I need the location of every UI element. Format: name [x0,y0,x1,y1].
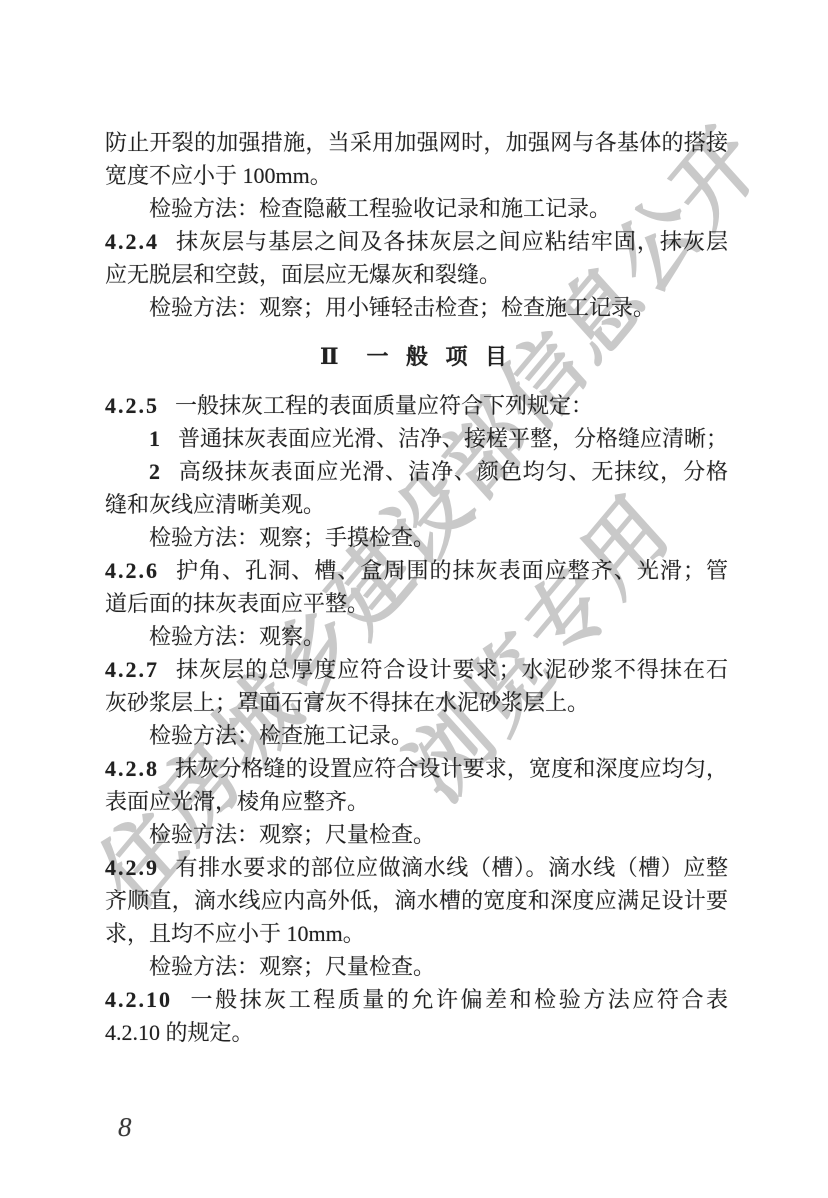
text-line: 应无脱层和空鼓，面层应无爆灰和裂缝。 [105,258,728,291]
document-page: 住房城乡建设部信息公开 浏览专用 防止开裂的加强措施，当采用加强网时，加强网与各… [0,0,828,1198]
line-text: 普通抹灰表面应光滑、洁净、接槎平整，分格缝应清晰； [178,426,728,451]
line-text: 检验方法：观察；尺量检查。 [149,822,435,847]
text-line: 检验方法：观察；用小锤轻击检查；检查施工记录。 [105,291,728,324]
text-line: 4.2.10 的规定。 [105,1016,728,1049]
line-text: 检验方法：观察；尺量检查。 [149,954,435,979]
text-line: 表面应光滑，棱角应整齐。 [105,785,728,818]
text-line: 4.2.4抹灰层与基层之间及各抹灰层之间应粘结牢固，抹灰层 [105,225,728,258]
text-line: 4.2.9有排水要求的部位应做滴水线（槽）。滴水线（槽）应整 [105,851,728,884]
line-text: 齐顺直，滴水线应内高外低，滴水槽的宽度和深度应满足设计要 [105,888,728,913]
line-text: 护角、孔洞、槽、盒周围的抹灰表面应整齐、光滑；管 [175,558,728,583]
clause-number: 4.2.6 [105,558,159,583]
clause-number: 1 [149,426,162,451]
text-line: 检验方法：观察。 [105,620,728,653]
section-numeral: Ⅱ [320,344,341,369]
text-line: 4.2.5一般抹灰工程的表面质量应符合下列规定： [105,389,728,422]
line-text: 检验方法：观察。 [149,624,325,649]
line-text: 一般抹灰工程的表面质量应符合下列规定： [175,393,593,418]
line-text: 检验方法：检查隐蔽工程验收记录和施工记录。 [149,196,611,221]
text-line: 检验方法：检查施工记录。 [105,719,728,752]
line-text: 检验方法：观察；手摸检查。 [149,525,435,550]
text-line: 道后面的抹灰表面应平整。 [105,587,728,620]
text-line: 检验方法：观察；尺量检查。 [105,818,728,851]
page-number: 8 [118,1112,132,1143]
text-line: 灰砂浆层上；罩面石膏灰不得抹在水泥砂浆层上。 [105,686,728,719]
text-line: 4.2.7抹灰层的总厚度应符合设计要求；水泥砂浆不得抹在石 [105,653,728,686]
text-line: 1普通抹灰表面应光滑、洁净、接槎平整，分格缝应清晰； [105,422,728,455]
text-line: 4.2.6护角、孔洞、槽、盒周围的抹灰表面应整齐、光滑；管 [105,554,728,587]
line-text: 宽度不应小于 100mm。 [105,163,332,188]
line-text: 防止开裂的加强措施，当采用加强网时，加强网与各基体的搭接 [105,130,728,155]
line-text: 抹灰分格缝的设置应符合设计要求，宽度和深度应均匀， [175,756,728,781]
section-heading: Ⅱ一 般 项 目 [105,340,728,373]
section-title: 一 般 项 目 [367,344,514,369]
text-line: 4.2.10一般抹灰工程质量的允许偏差和检验方法应符合表 [105,983,728,1016]
text-line: 宽度不应小于 100mm。 [105,159,728,192]
line-text: 道后面的抹灰表面应平整。 [105,591,369,616]
line-text: 抹灰层与基层之间及各抹灰层之间应粘结牢固，抹灰层 [175,229,728,254]
text-line: 检验方法：观察；尺量检查。 [105,950,728,983]
text-line: 缝和灰线应清晰美观。 [105,488,728,521]
text-line: 检验方法：检查隐蔽工程验收记录和施工记录。 [105,192,728,225]
clause-number: 4.2.8 [105,756,159,781]
clause-number: 4.2.10 [105,987,172,1012]
clause-number: 4.2.4 [105,229,159,254]
clause-number: 4.2.7 [105,657,159,682]
line-text: 抹灰层的总厚度应符合设计要求；水泥砂浆不得抹在石 [175,657,728,682]
line-text: 求，且均不应小于 10mm。 [105,921,365,946]
line-text: 一般抹灰工程质量的允许偏差和检验方法应符合表 [188,987,728,1012]
line-text: 灰砂浆层上；罩面石膏灰不得抹在水泥砂浆层上。 [105,690,589,715]
text-line: 4.2.8抹灰分格缝的设置应符合设计要求，宽度和深度应均匀， [105,752,728,785]
text-line: 求，且均不应小于 10mm。 [105,917,728,950]
clause-number: 2 [149,459,162,484]
line-text: 表面应光滑，棱角应整齐。 [105,789,369,814]
line-text: 有排水要求的部位应做滴水线（槽）。滴水线（槽）应整 [175,855,728,880]
clause-number: 4.2.5 [105,393,159,418]
line-text: 4.2.10 的规定。 [105,1020,254,1045]
line-text: 高级抹灰表面应光滑、洁净、颜色均匀、无抹纹，分格 [178,459,728,484]
line-text: 缝和灰线应清晰美观。 [105,492,325,517]
document-body: 防止开裂的加强措施，当采用加强网时，加强网与各基体的搭接宽度不应小于 100mm… [105,126,728,1049]
line-text: 检验方法：检查施工记录。 [149,723,413,748]
text-line: 齐顺直，滴水线应内高外低，滴水槽的宽度和深度应满足设计要 [105,884,728,917]
line-text: 应无脱层和空鼓，面层应无爆灰和裂缝。 [105,262,501,287]
text-line: 检验方法：观察；手摸检查。 [105,521,728,554]
text-line: 防止开裂的加强措施，当采用加强网时，加强网与各基体的搭接 [105,126,728,159]
text-line: 2高级抹灰表面应光滑、洁净、颜色均匀、无抹纹，分格 [105,455,728,488]
clause-number: 4.2.9 [105,855,159,880]
line-text: 检验方法：观察；用小锤轻击检查；检查施工记录。 [149,295,655,320]
